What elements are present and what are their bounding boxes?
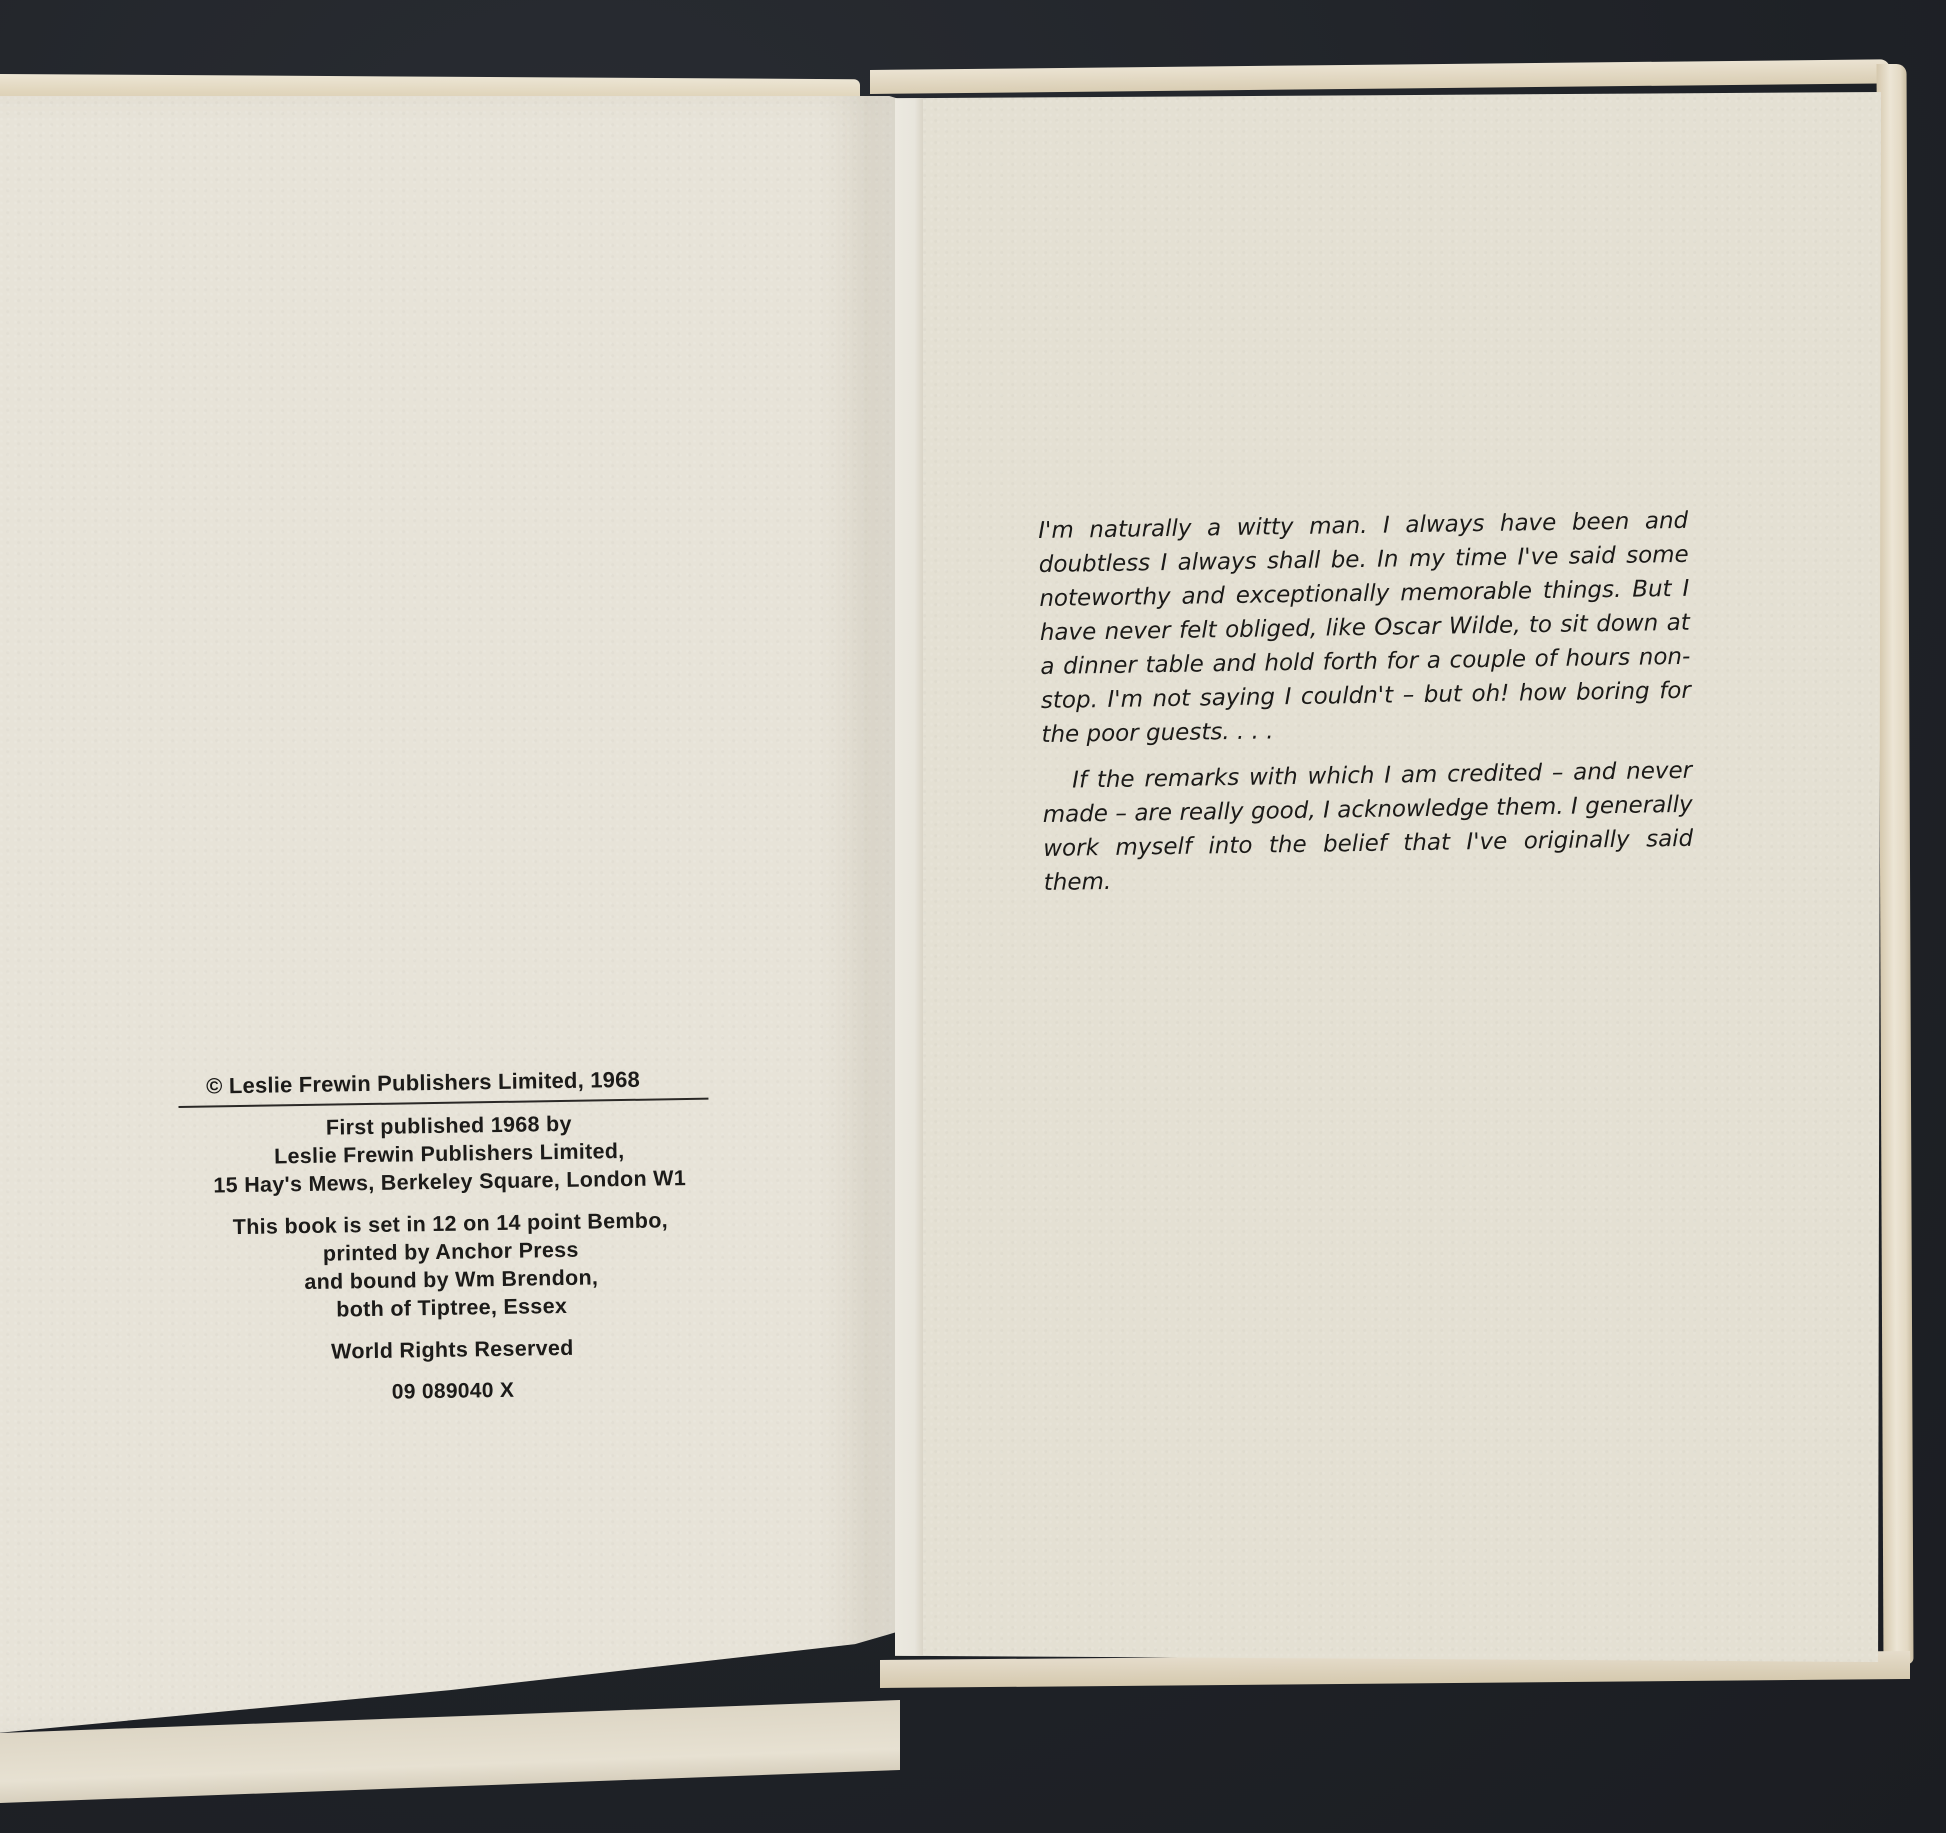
copyright-imprint: © Leslie Frewin Publishers Limited, 1968… (178, 1066, 723, 1410)
cover-board-right-edge (1877, 64, 1914, 1664)
left-page (0, 96, 900, 1736)
quote-paragraph: I'm naturally a witty man. I always have… (1038, 504, 1692, 752)
cover-board-top-right (870, 59, 1890, 94)
publication-info: First published 1968 by Leslie Frewin Pu… (179, 1108, 720, 1200)
production-info: This book is set in 12 on 14 point Bembo… (180, 1206, 722, 1326)
quote-paragraph: If the remarks with which I am credited … (1042, 754, 1694, 900)
rights-statement: World Rights Reserved (182, 1331, 722, 1367)
epigraph-quote: I'm naturally a witty man. I always have… (1038, 504, 1694, 900)
